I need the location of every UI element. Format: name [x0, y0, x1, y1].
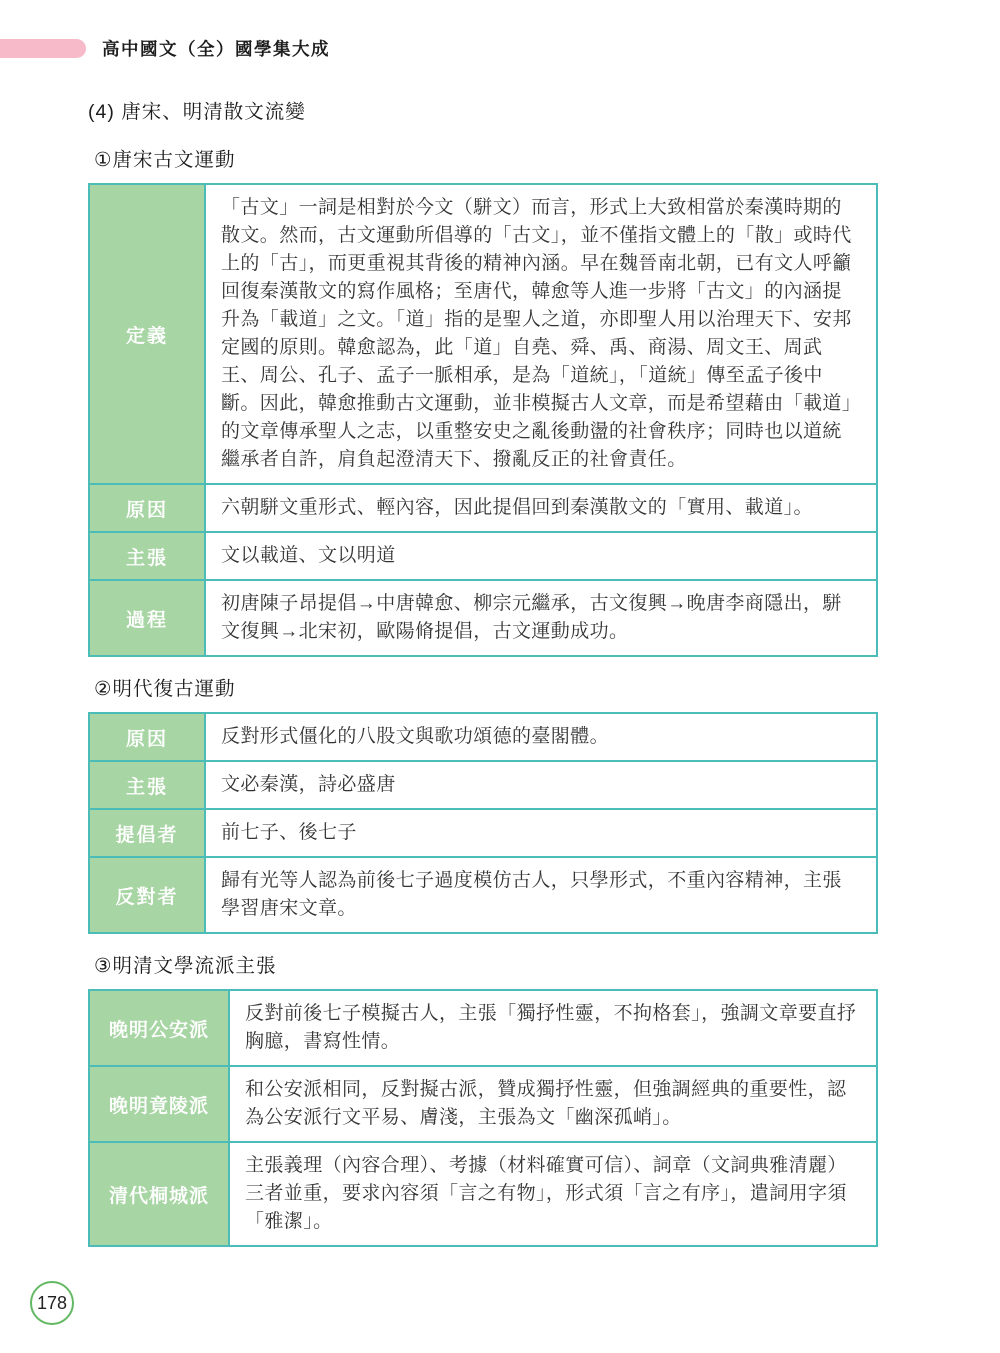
header-ribbon-decoration — [0, 39, 86, 58]
row-label: 主張 — [89, 761, 205, 809]
row-content: 六朝駢文重形式、輕內容，因此提倡回到秦漢散文的「實用、載道」。 — [205, 484, 877, 532]
row-content: 主張義理（內容合理）、考據（材料確實可信）、詞章（文詞典雅清麗）三者並重，要求內… — [229, 1142, 877, 1246]
table-row: 晚明公安派 反對前後七子模擬古人，主張「獨抒性靈，不拘格套」，強調文章要直抒胸臆… — [89, 990, 877, 1066]
row-content: 前七子、後七子 — [205, 809, 877, 857]
table-row: 定義 「古文」一詞是相對於今文（駢文）而言，形式上大致相當於秦漢時期的散文。然而… — [89, 184, 877, 484]
row-label: 清代桐城派 — [89, 1142, 229, 1246]
row-label: 定義 — [89, 184, 205, 484]
table-row: 晚明竟陵派 和公安派相同，反對擬古派，贊成獨抒性靈，但強調經典的重要性，認為公安… — [89, 1066, 877, 1142]
row-label: 原因 — [89, 713, 205, 761]
row-content: 和公安派相同，反對擬古派，贊成獨抒性靈，但強調經典的重要性，認為公安派行文平易、… — [229, 1066, 877, 1142]
table-row: 清代桐城派 主張義理（內容合理）、考據（材料確實可信）、詞章（文詞典雅清麗）三者… — [89, 1142, 877, 1246]
table-row: 提倡者 前七子、後七子 — [89, 809, 877, 857]
table-row: 主張 文必秦漢，詩必盛唐 — [89, 761, 877, 809]
row-content: 歸有光等人認為前後七子過度模仿古人，只學形式，不重內容精神，主張學習唐宋文章。 — [205, 857, 877, 933]
table-row: 過程 初唐陳子昂提倡→中唐韓愈、柳宗元繼承，古文復興→晚唐李商隱出，駢文復興→北… — [89, 580, 877, 656]
row-label: 反對者 — [89, 857, 205, 933]
row-content: 反對前後七子模擬古人，主張「獨抒性靈，不拘格套」，強調文章要直抒胸臆，書寫性情。 — [229, 990, 877, 1066]
row-label: 主張 — [89, 532, 205, 580]
row-content: 初唐陳子昂提倡→中唐韓愈、柳宗元繼承，古文復興→晚唐李商隱出，駢文復興→北宋初，… — [205, 580, 877, 656]
page-number-badge: 178 — [30, 1281, 74, 1325]
row-label: 晚明公安派 — [89, 990, 229, 1066]
table-tang-song-guwen-movement: 定義 「古文」一詞是相對於今文（駢文）而言，形式上大致相當於秦漢時期的散文。然而… — [88, 183, 878, 657]
row-label: 過程 — [89, 580, 205, 656]
table-row: 反對者 歸有光等人認為前後七子過度模仿古人，只學形式，不重內容精神，主張學習唐宋… — [89, 857, 877, 933]
table-row: 原因 反對形式僵化的八股文與歌功頌德的臺閣體。 — [89, 713, 877, 761]
row-content: 文以載道、文以明道 — [205, 532, 877, 580]
textbook-page: 高中國文（全）國學集大成 (4) 唐宋、明清散文流變 ①唐宋古文運動 定義 「古… — [0, 0, 1000, 1353]
row-label: 提倡者 — [89, 809, 205, 857]
header-title: 高中國文（全）國學集大成 — [102, 36, 330, 61]
table-row: 原因 六朝駢文重形式、輕內容，因此提倡回到秦漢散文的「實用、載道」。 — [89, 484, 877, 532]
row-content: 「古文」一詞是相對於今文（駢文）而言，形式上大致相當於秦漢時期的散文。然而，古文… — [205, 184, 877, 484]
page-content: (4) 唐宋、明清散文流變 ①唐宋古文運動 定義 「古文」一詞是相對於今文（駢文… — [88, 96, 880, 1253]
row-content: 文必秦漢，詩必盛唐 — [205, 761, 877, 809]
subsection-heading-ming-fugu: ②明代復古運動 — [94, 673, 880, 701]
page-header: 高中國文（全）國學集大成 — [0, 36, 1000, 61]
section-title: (4) 唐宋、明清散文流變 — [88, 96, 880, 124]
table-ming-fugu-movement: 原因 反對形式僵化的八股文與歌功頌德的臺閣體。 主張 文必秦漢，詩必盛唐 提倡者… — [88, 712, 878, 934]
table-ming-qing-literary-schools: 晚明公安派 反對前後七子模擬古人，主張「獨抒性靈，不拘格套」，強調文章要直抒胸臆… — [88, 989, 878, 1247]
row-content: 反對形式僵化的八股文與歌功頌德的臺閣體。 — [205, 713, 877, 761]
row-label: 原因 — [89, 484, 205, 532]
table-row: 主張 文以載道、文以明道 — [89, 532, 877, 580]
subsection-heading-ming-qing-schools: ③明清文學流派主張 — [94, 950, 880, 978]
row-label: 晚明竟陵派 — [89, 1066, 229, 1142]
subsection-heading-tang-song-guwen: ①唐宋古文運動 — [94, 144, 880, 172]
